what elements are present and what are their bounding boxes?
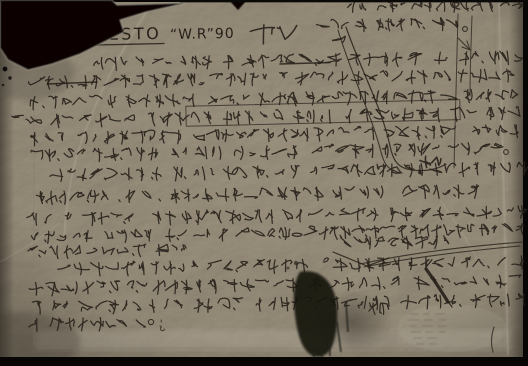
manuscript-photo: FESTO “W.R”90 [0,0,528,366]
top-edge-shadow [180,0,528,2]
title-code-text: “W.R”90 [170,26,235,43]
stamp-impression [397,304,507,352]
